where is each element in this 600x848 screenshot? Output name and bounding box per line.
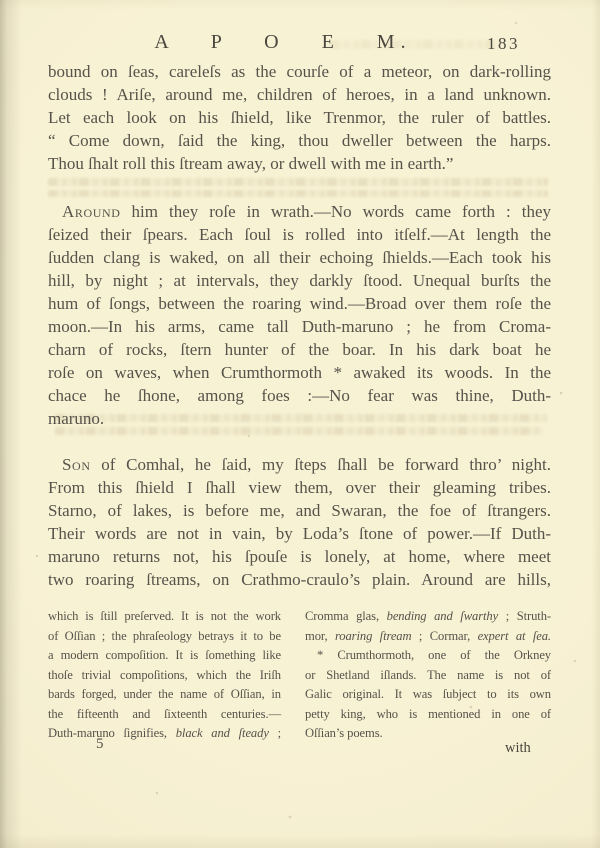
footnote-line: Duth-maruno ſignifies, black and ſteady … xyxy=(48,724,281,744)
footnotes: which is ſtill preſerved. It is not the … xyxy=(48,607,551,744)
footnote-text: a modern compoſition. It is ſomething li… xyxy=(48,648,281,662)
text-line: maruno returns not, his ſpouſe is lonely… xyxy=(48,545,551,568)
text-line: “ Come down, ſaid the king, thou dweller… xyxy=(48,129,551,152)
footnote-left-column: which is ſtill preſerved. It is not the … xyxy=(48,607,281,744)
catchword: with xyxy=(505,740,531,757)
footnote-text: Oſſian’s poems. xyxy=(305,726,383,740)
text-line: clouds ! Ariſe, around me, children of h… xyxy=(48,83,551,106)
book-page-scan: A P O E M. 183 bound on ſeas, careleſs a… xyxy=(0,0,600,848)
footnote-text: mor, xyxy=(305,629,335,643)
footnote-line: Galic original. It was ſubject to its ow… xyxy=(305,685,551,705)
text-line: hill, by night ; at intervals, they dark… xyxy=(48,269,551,292)
text-line: Around him they roſe in wrath.—No words … xyxy=(48,200,551,223)
paragraph: bound on ſeas, careleſs as the courſe of… xyxy=(48,60,551,175)
text-line: Let each look on his ſhield, like Trenmo… xyxy=(48,106,551,129)
running-title: A P O E M. xyxy=(48,31,518,54)
footnote-text: which is ſtill preſerved. It is not the … xyxy=(48,609,281,623)
footnote-text: ; Struth- xyxy=(498,609,551,623)
footnote-text: bards forged, under the name of Oſſian, … xyxy=(48,687,281,701)
footnote-line: mor, roaring ſtream ; Cormar, expert at … xyxy=(305,627,551,647)
footnote-line: the fifteenth and ſixteenth centuries.— xyxy=(48,705,281,725)
footnote-text: * Crumthormoth, one of the Orkney xyxy=(317,648,551,662)
footnote-line: of Oſſian ; the phraſeology betrays it t… xyxy=(48,627,281,647)
text-line: Thou ſhalt roll this ſtream away, or dwe… xyxy=(48,152,551,175)
small-caps-word: Around xyxy=(62,202,121,221)
italic-term: expert at ſea. xyxy=(478,629,551,643)
text-line: bound on ſeas, careleſs as the courſe of… xyxy=(48,60,551,83)
text-line: hum of ſongs, between the roaring wind.—… xyxy=(48,292,551,315)
text-line: moon.—In his arms, came tall Duth-maruno… xyxy=(48,315,551,338)
text-line: maruno. xyxy=(48,407,551,430)
footnote-text: Duth-maruno ſignifies, xyxy=(48,726,176,740)
footnote-line: bards forged, under the name of Oſſian, … xyxy=(48,685,281,705)
text-line: Son of Comhal, he ſaid, my ſteps ſhall b… xyxy=(48,453,551,476)
footnote-line: thoſe trivial compoſitions, which the Ir… xyxy=(48,666,281,686)
italic-term: roaring ſtream xyxy=(335,629,412,643)
text-line: two roaring ſtreams, on Crathmo-craulo’s… xyxy=(48,568,551,591)
paragraph: Son of Comhal, he ſaid, my ſteps ſhall b… xyxy=(48,453,551,591)
body-text: bound on ſeas, careleſs as the courſe of… xyxy=(48,60,551,591)
footnote-text: ; xyxy=(269,726,281,740)
page-number: 183 xyxy=(487,34,520,54)
footnote-line: * Crumthormoth, one of the Orkney xyxy=(305,646,551,666)
text-line: charn of rocks, ſtern hunter of the boar… xyxy=(48,338,551,361)
italic-term: bending and ſwarthy xyxy=(387,609,498,623)
footnote-line: or Shetland iſlands. The name is not of xyxy=(305,666,551,686)
text-line: chace he ſhone, among foes :—No fear was… xyxy=(48,384,551,407)
text-line: Starno, of lakes, is before me, and Swar… xyxy=(48,499,551,522)
signature-mark: 5 xyxy=(96,736,104,753)
footnote-text: petty king, who is mentioned in one of xyxy=(305,707,551,721)
footnote-line: Cromma glas, bending and ſwarthy ; Strut… xyxy=(305,607,551,627)
footnote-line: which is ſtill preſerved. It is not the … xyxy=(48,607,281,627)
italic-term: black and ſteady xyxy=(176,726,269,740)
footnote-right-column: Cromma glas, bending and ſwarthy ; Strut… xyxy=(305,607,551,744)
text-line: ſudden clang is waked, on all their echo… xyxy=(48,246,551,269)
footnote-line: a modern compoſition. It is ſomething li… xyxy=(48,646,281,666)
footnote-text: of Oſſian ; the phraſeology betrays it t… xyxy=(48,629,281,643)
small-caps-word: Son xyxy=(62,455,91,474)
paper-specks xyxy=(0,0,2,2)
footnote-text: thoſe trivial compoſitions, which the Ir… xyxy=(48,668,281,682)
text-line: ſeized their ſpears. Each ſoul is rolled… xyxy=(48,223,551,246)
footnote-text: Galic original. It was ſubject to its ow… xyxy=(305,687,551,701)
paragraph: Around him they roſe in wrath.—No words … xyxy=(48,200,551,430)
text-line: roſe on waves, when Crumthormoth * awake… xyxy=(48,361,551,384)
text-line: Their words are not in vain, by Loda’s ſ… xyxy=(48,522,551,545)
footnote-text: Cromma glas, xyxy=(305,609,387,623)
footnote-text: the fifteenth and ſixteenth centuries.— xyxy=(48,707,281,721)
text-line: From this ſhield I ſhall view them, over… xyxy=(48,476,551,499)
footnote-text: ; Cormar, xyxy=(412,629,478,643)
footnote-line: petty king, who is mentioned in one of xyxy=(305,705,551,725)
footnote-text: or Shetland iſlands. The name is not of xyxy=(305,668,551,682)
